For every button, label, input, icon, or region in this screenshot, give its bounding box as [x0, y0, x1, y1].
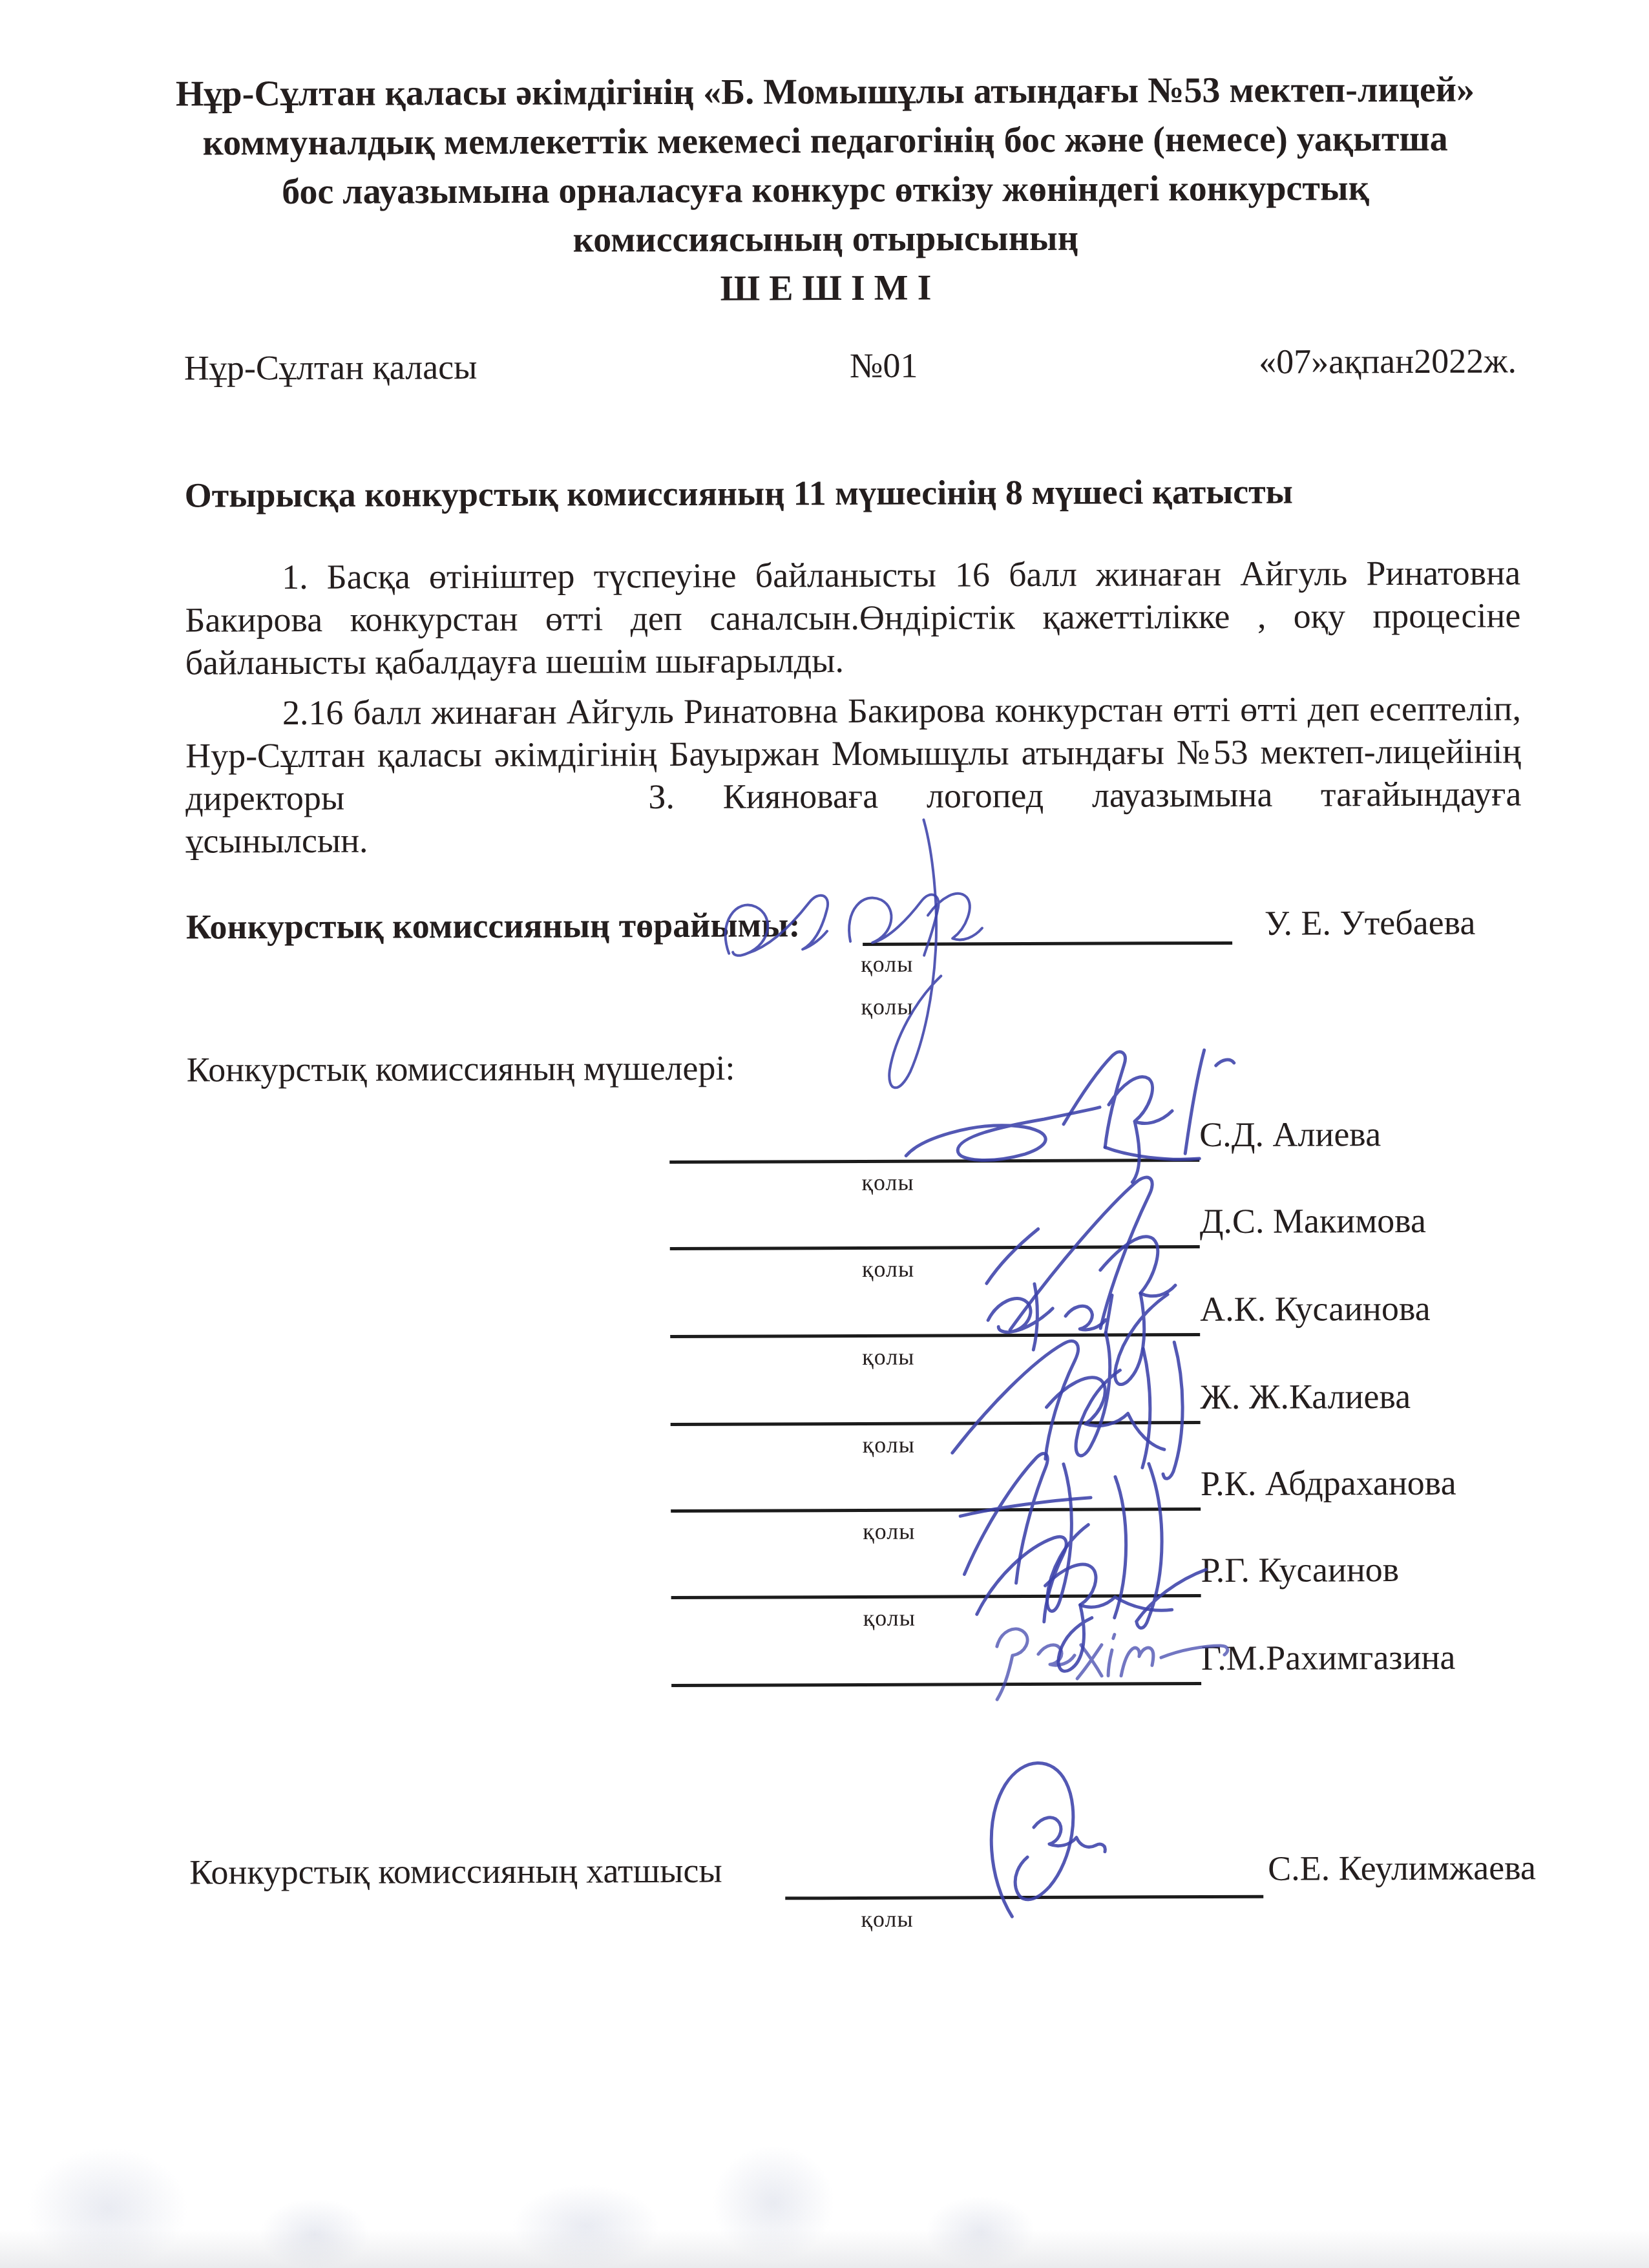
secretary-label: Конкурстық комиссияның хатшысы [189, 1851, 722, 1893]
title-line-1: Нұр-Сұлтан қаласы әкімдігінің «Б. Момышұ… [157, 65, 1493, 118]
member-signature-row: Р.Г. Кусаинов қолы [5, 1554, 1649, 1650]
members-heading: Конкурстық комиссияның мүшелері: [187, 1048, 735, 1090]
member-signature-row: А.К. Кусаинова қолы [5, 1293, 1649, 1389]
member-signature-rakhimgazina [974, 1608, 1249, 1712]
scan-edge-shadow [0, 2229, 1649, 2268]
document-title: Нұр-Сұлтан қаласы әкімдігінің «Б. Момышұ… [157, 65, 1493, 315]
signature-caption: қолы [863, 1604, 916, 1632]
meta-doc-number: №01 [850, 346, 918, 386]
attendance-line: Отырысқа конкурстық комиссияның 11 мүшес… [185, 472, 1294, 516]
scanned-document-page: { "colors": { "ink": "#3b41aa", "rule": … [0, 0, 1649, 2268]
chairman-label: Конкурстық комиссияның төрайымы: [186, 905, 801, 947]
title-line-4: комиссиясының отырысының [158, 212, 1493, 266]
member-name: А.К. Кусаинова [1200, 1288, 1431, 1329]
title-line-2: коммуналдық мемлекеттік мекемесі педагог… [158, 114, 1493, 167]
meta-date: «07»ақпан2022ж. [1259, 341, 1517, 381]
member-name: Д.С. Макимова [1199, 1201, 1426, 1241]
paragraph-1: 1. Басқа өтініштер түспеуіне байланысты … [185, 551, 1521, 684]
secretary-name: С.Е. Кеулимжаева [1268, 1847, 1536, 1888]
meta-city: Нұр-Сұлтан қаласы [184, 347, 478, 388]
signature-caption: қолы [863, 1518, 915, 1545]
document-sheet: Нұр-Сұлтан қаласы әкімдігінің «Б. Момышұ… [0, 0, 1649, 2268]
member-signature-row: Д.С. Макимова қолы [5, 1205, 1649, 1301]
signature-caption: қолы [861, 1906, 913, 1933]
title-line-3: бос лауазымына орналасуға конкурс өткізу… [158, 163, 1493, 216]
chairman-name: У. Е. Утебаева [1265, 903, 1476, 943]
tab-gap [344, 808, 648, 810]
signature-caption: қолы [862, 1343, 914, 1370]
signature-caption: қолы [862, 1255, 914, 1283]
member-signature-row: Р.К. Абдраханова қолы [5, 1467, 1649, 1564]
member-signature-row: Г.М.Рахимгазина [6, 1642, 1649, 1738]
title-line-5-decision: Ш Е Ш І М І [158, 261, 1493, 315]
signature-caption: қолы [863, 1431, 915, 1458]
secretary-signature [943, 1749, 1140, 1924]
